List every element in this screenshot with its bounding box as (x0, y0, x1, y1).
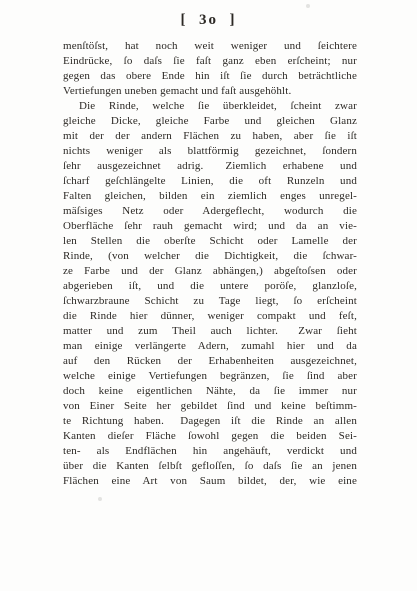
text-line: ten- als Endflächen hin angehäuft, verdi… (63, 444, 357, 459)
text-line: die Rinde hier dünner, weniger compakt u… (63, 309, 357, 324)
text-line: Die Rinde, welche ſie überkleidet, ſchei… (63, 99, 357, 114)
text-line: menſtöſst, hat noch weit weniger und ſei… (63, 39, 357, 54)
text-line: abgerieben iſt, und die untere poröſe, g… (63, 279, 357, 294)
text-line: gegen das obere Ende hin iſt ſie durch b… (63, 69, 357, 84)
text-line: len Stellen die oberſte Schicht oder Lam… (63, 234, 357, 249)
scan-artifact-speck (98, 497, 102, 501)
text-line: mit der der andern Flächen zu haben, abe… (63, 129, 357, 144)
text-block: menſtöſst, hat noch weit weniger und ſei… (63, 39, 357, 489)
scan-artifact-speck (306, 4, 310, 8)
text-line: gleiche Dicke, gleiche Farbe und gleiche… (63, 114, 357, 129)
text-line: Vertiefungen uneben gemacht und faſt aus… (63, 84, 357, 99)
text-line: Flächen eine Art von Saum bildet, der, w… (63, 474, 357, 489)
text-line: matter und zum Theil auch lichter. Zwar … (63, 324, 357, 339)
text-line: von Einer Seite her gebildet ſind und ke… (63, 399, 357, 414)
text-line: te Richtung haben. Dagegen iſt die Rinde… (63, 414, 357, 429)
text-line: Kanten dieſer Fläche ſowohl gegen die be… (63, 429, 357, 444)
text-line: Eindrücke, ſo daſs ſie faſt ganz eben er… (63, 54, 357, 69)
text-line: doch keine eigentlichen Nähte, da ſie im… (63, 384, 357, 399)
text-line: ſehr ausgezeichnet adrig. Ziemlich erhab… (63, 159, 357, 174)
text-line: über die Kanten ſelbſt gefloſſen, ſo daſ… (63, 459, 357, 474)
text-line: ſchwarzbraune Schicht zu Tage liegt, ſo … (63, 294, 357, 309)
scanned-book-page: [ 3o ] menſtöſst, hat noch weit weniger … (0, 0, 417, 591)
text-line: welche einige Vertiefungen begränzen, ſi… (63, 369, 357, 384)
text-line: Oberfläche ſehr rauh gemacht wird; und d… (63, 219, 357, 234)
text-line: Falten gleichen, bilden ein ziemlich eng… (63, 189, 357, 204)
text-line: mäſsiges Netz oder Adergeflecht, wodurch… (63, 204, 357, 219)
text-line: auf den Rücken der Erhabenheiten ausgeze… (63, 354, 357, 369)
text-line: nichts weniger als blattförmig gezeichne… (63, 144, 357, 159)
text-line: Rinde, (von welcher die Dichtigkeit, die… (63, 249, 357, 264)
page-number: [ 3o ] (0, 12, 417, 29)
text-line: ſcharf geſchlängelte Linien, die oft Run… (63, 174, 357, 189)
text-line: man einige verlängerte Adern, zumahl hie… (63, 339, 357, 354)
text-line: ze Farbe und der Glanz abhängen,) abgeſt… (63, 264, 357, 279)
